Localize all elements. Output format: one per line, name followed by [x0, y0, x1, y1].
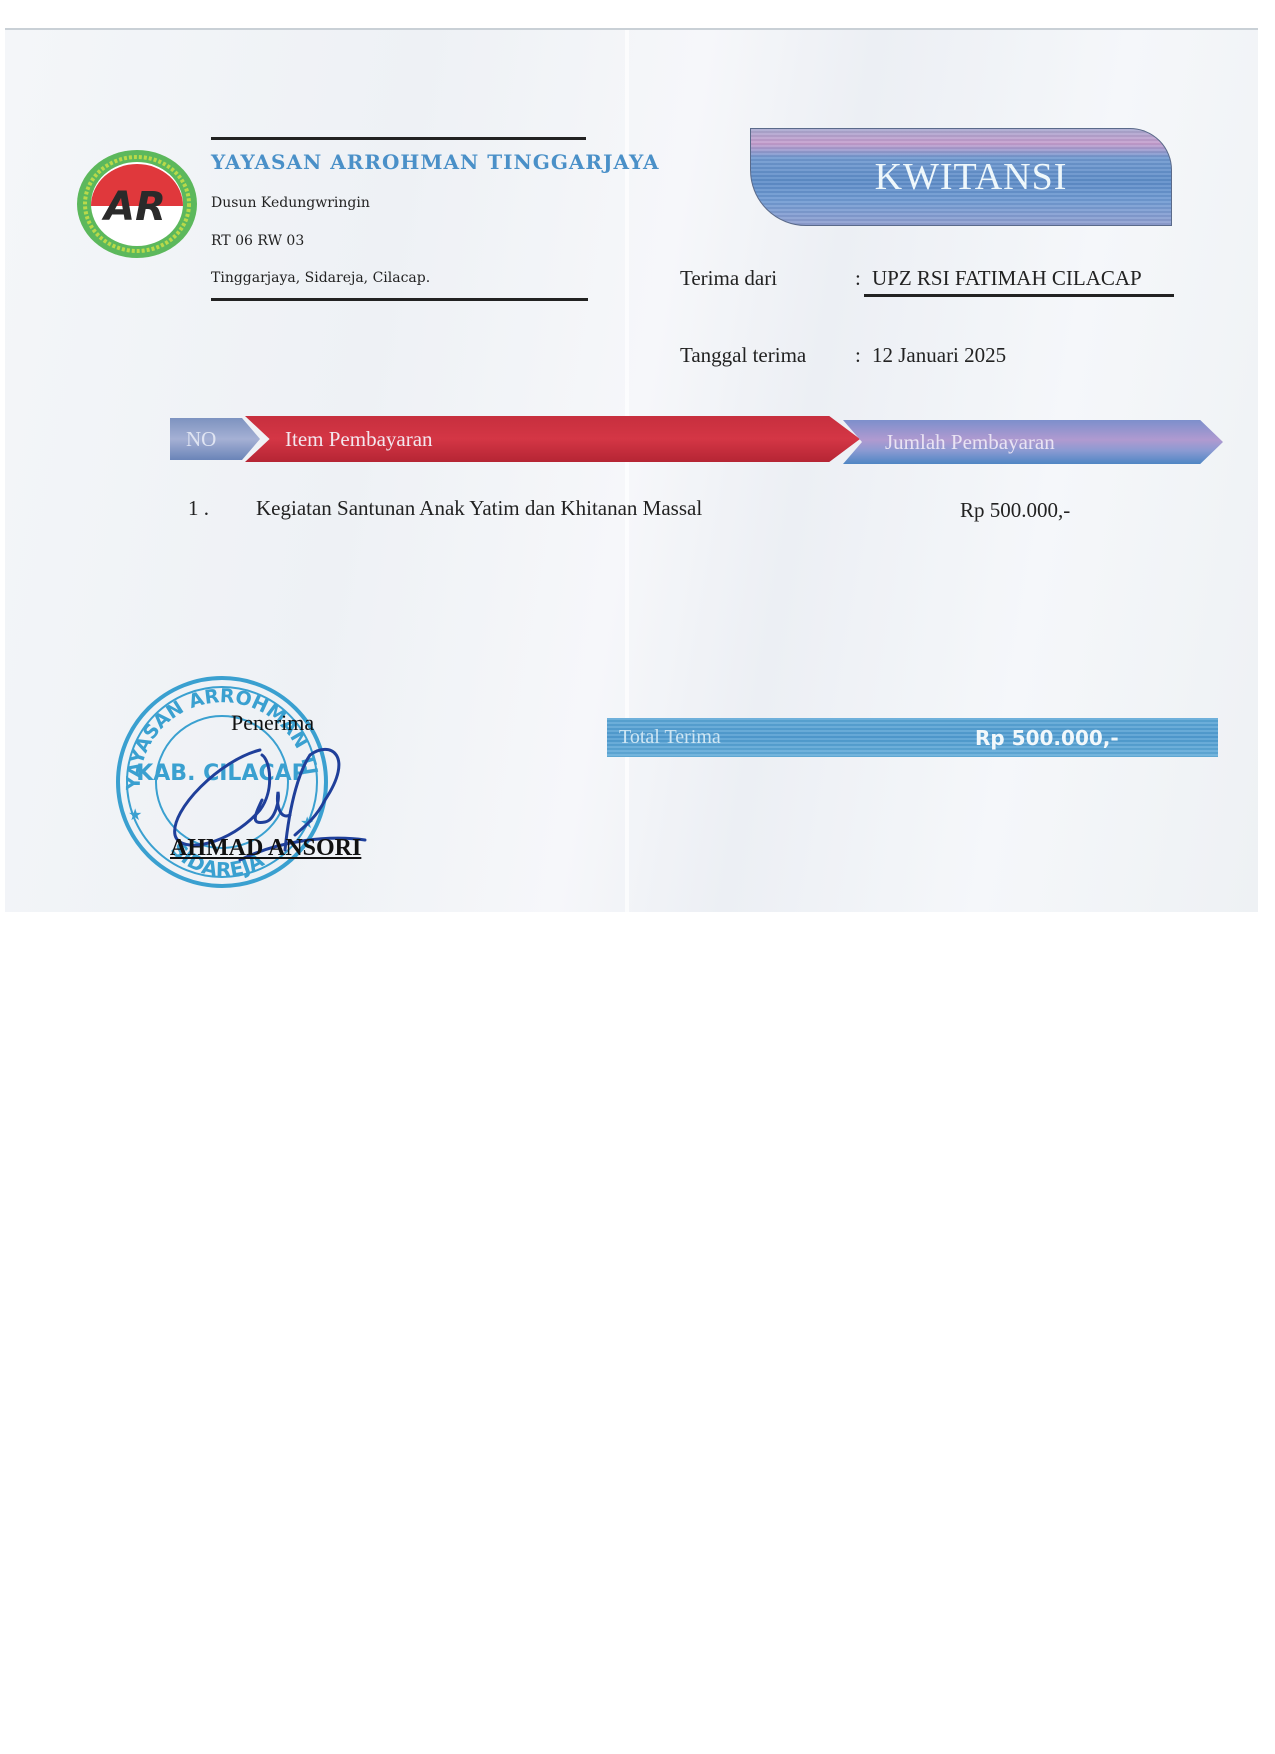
address-line-2: RT 06 RW 03 [211, 233, 304, 249]
date-value: 12 Januari 2025 [872, 343, 1006, 368]
address-line-3: Tinggarjaya, Sidareja, Cilacap. [211, 270, 430, 286]
table-header-item: Item Pembayaran [245, 416, 860, 462]
received-from-label: Terima dari [680, 266, 777, 291]
received-from-separator: : [855, 266, 861, 291]
svg-text:★: ★ [128, 805, 142, 824]
document-title: KWITANSI [875, 155, 1068, 199]
receiver-name: AHMAD ANSORI [170, 835, 361, 862]
header-top-rule [211, 137, 586, 140]
table-row-amount: Rp 500.000,- [960, 498, 1070, 523]
table-header-amount: Jumlah Pembayaran [843, 420, 1223, 464]
date-separator: : [855, 343, 861, 368]
organization-name: YAYASAN ARROHMAN TINGGARJAYA [211, 150, 660, 174]
header-bottom-rule [211, 298, 588, 301]
table-header-no: NO [170, 418, 260, 460]
received-from-underline [864, 294, 1174, 297]
received-from-value: UPZ RSI FATIMAH CILACAP [872, 266, 1142, 291]
total-label: Total Terima [619, 726, 721, 749]
organization-logo-icon: AR [75, 148, 199, 260]
table-row-item: Kegiatan Santunan Anak Yatim dan Khitana… [256, 496, 702, 521]
table-row-no: 1 . [188, 496, 209, 521]
total-bar: Total Terima Rp 500.000,- [607, 718, 1218, 757]
total-value: Rp 500.000,- [975, 726, 1119, 750]
address-line-1: Dusun Kedungwringin [211, 195, 370, 211]
date-label: Tanggal terima [680, 343, 806, 368]
document-title-banner: KWITANSI [750, 128, 1172, 226]
svg-text:AR: AR [101, 184, 166, 230]
